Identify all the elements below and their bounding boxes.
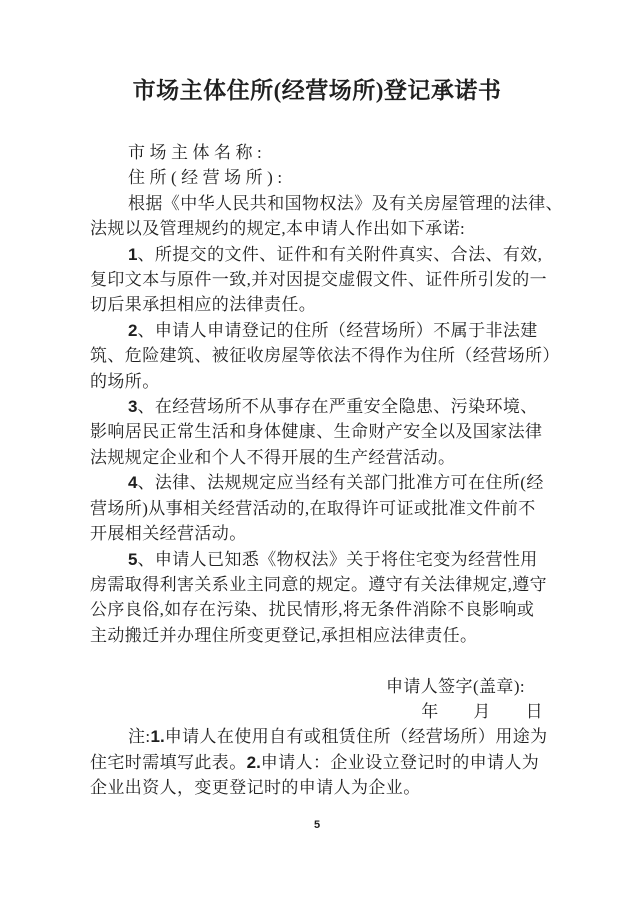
text-run: 注: xyxy=(128,727,151,746)
text-run: 企业出资人，变更登记时的申请人为企业。 xyxy=(90,778,421,797)
body-line: 根据《中华人民共和国物权法》及有关房屋管理的法律、 xyxy=(90,191,560,216)
text-run: 主动搬迁并办理住所变更登记,承担相应法律责任。 xyxy=(90,626,477,645)
body-line: 3、在经营场所不从事存在严重安全隐患、污染环境、 xyxy=(90,394,560,419)
text-run: 申请人签字(盖章): xyxy=(386,677,525,696)
text-run: 法规规定企业和个人不得开展的生产经营活动。 xyxy=(90,448,455,467)
text-run: 、法律、法规规定应当经有关部门批准方可在住所(经 xyxy=(137,473,543,492)
body-line: 2、申请人申请登记的住所（经营场所）不属于非法建 xyxy=(90,318,560,343)
text-run: 、申请人已知悉《物权法》关于将住宅变为经营性用 xyxy=(137,550,537,569)
note-line: 企业出资人，变更登记时的申请人为企业。 xyxy=(90,775,560,800)
text-run: 营场所)从事相关经营活动的,在取得许可证或批准文件前不 xyxy=(90,499,536,518)
text-run: 开展相关经营活动。 xyxy=(90,524,247,543)
text-run: 市场主体名称: xyxy=(128,143,266,162)
field-premises: 住所(经营场所): xyxy=(90,165,560,190)
text-run: 根据《中华人民共和国物权法》及有关房屋管理的法律、 xyxy=(128,194,563,213)
text-run: 、申请人申请登记的住所（经营场所）不属于非法建 xyxy=(137,321,537,340)
item-number: 2. xyxy=(247,753,261,772)
body-line: 复印文本与原件一致,并对因提交虚假文件、证件所引发的一 xyxy=(90,267,560,292)
text-run: 公序良俗,如存在污染、扰民情形,将无条件消除不良影响或 xyxy=(90,600,534,619)
body-line: 影响居民正常生活和身体健康、生命财产安全以及国家法律 xyxy=(90,419,560,444)
body-line: 开展相关经营活动。 xyxy=(90,521,560,546)
document-page: 市场主体住所(经营场所)登记承诺书 市场主体名称:住所(经营场所):根据《中华人… xyxy=(0,0,634,898)
text-run: 筑、危险建筑、被征收房屋等依法不得作为住所（经营场所） xyxy=(90,346,560,365)
body-line: 1、所提交的文件、证件和有关附件真实、合法、有效, xyxy=(90,242,560,267)
body-line: 切后果承担相应的法律责任。 xyxy=(90,292,560,317)
note-line: 住宅时需填写此表。2.申请人：企业设立登记时的申请人为 xyxy=(90,750,560,775)
text-run: 年 月 日 xyxy=(421,702,543,721)
date-line: 年 月 日 xyxy=(90,699,560,724)
body-lines: 市场主体名称:住所(经营场所):根据《中华人民共和国物权法》及有关房屋管理的法律… xyxy=(90,140,560,801)
text-run: 复印文本与原件一致,并对因提交虚假文件、证件所引发的一 xyxy=(90,270,547,289)
body-line: 房需取得利害关系业主同意的规定。遵守有关法律规定,遵守 xyxy=(90,572,560,597)
body-line: 筑、危险建筑、被征收房屋等依法不得作为住所（经营场所） xyxy=(90,343,560,368)
text-run: 房需取得利害关系业主同意的规定。遵守有关法律规定,遵守 xyxy=(90,575,547,594)
page-number: 5 xyxy=(0,818,634,832)
text-run: 住所(经营场所): xyxy=(128,168,287,187)
body-line: 4、法律、法规规定应当经有关部门批准方可在住所(经 xyxy=(90,470,560,495)
text-run: 、在经营场所不从事存在严重安全隐患、污染环境、 xyxy=(137,397,537,416)
body-line: 营场所)从事相关经营活动的,在取得许可证或批准文件前不 xyxy=(90,496,560,521)
body-line: 的场所。 xyxy=(90,369,560,394)
text-run: 申请人在使用自有或租赁住所（经营场所）用途为 xyxy=(165,727,548,746)
text-run: 申请人：企业设立登记时的申请人为 xyxy=(261,753,539,772)
body-line: 法规以及管理规约的规定,本申请人作出如下承诺: xyxy=(90,216,560,241)
text-run: 影响居民正常生活和身体健康、生命财产安全以及国家法律 xyxy=(90,422,542,441)
body-line: 主动搬迁并办理住所变更登记,承担相应法律责任。 xyxy=(90,623,560,648)
body-line: 法规规定企业和个人不得开展的生产经营活动。 xyxy=(90,445,560,470)
document-title: 市场主体住所(经营场所)登记承诺书 xyxy=(0,74,634,108)
text-run: 、所提交的文件、证件和有关附件真实、合法、有效, xyxy=(137,245,542,264)
text-run: 切后果承担相应的法律责任。 xyxy=(90,295,316,314)
blank-line xyxy=(90,648,560,673)
signature-line: 申请人签字(盖章): xyxy=(90,674,560,699)
text-run: 法规以及管理规约的规定,本申请人作出如下承诺: xyxy=(90,219,465,238)
item-number: 1. xyxy=(151,727,165,746)
text-run: 住宅时需填写此表。 xyxy=(90,753,247,772)
body-line: 公序良俗,如存在污染、扰民情形,将无条件消除不良影响或 xyxy=(90,597,560,622)
field-market-entity-name: 市场主体名称: xyxy=(90,140,560,165)
body-line: 5、申请人已知悉《物权法》关于将住宅变为经营性用 xyxy=(90,547,560,572)
note-line: 注:1.申请人在使用自有或租赁住所（经营场所）用途为 xyxy=(90,724,560,749)
text-run: 的场所。 xyxy=(90,372,160,391)
